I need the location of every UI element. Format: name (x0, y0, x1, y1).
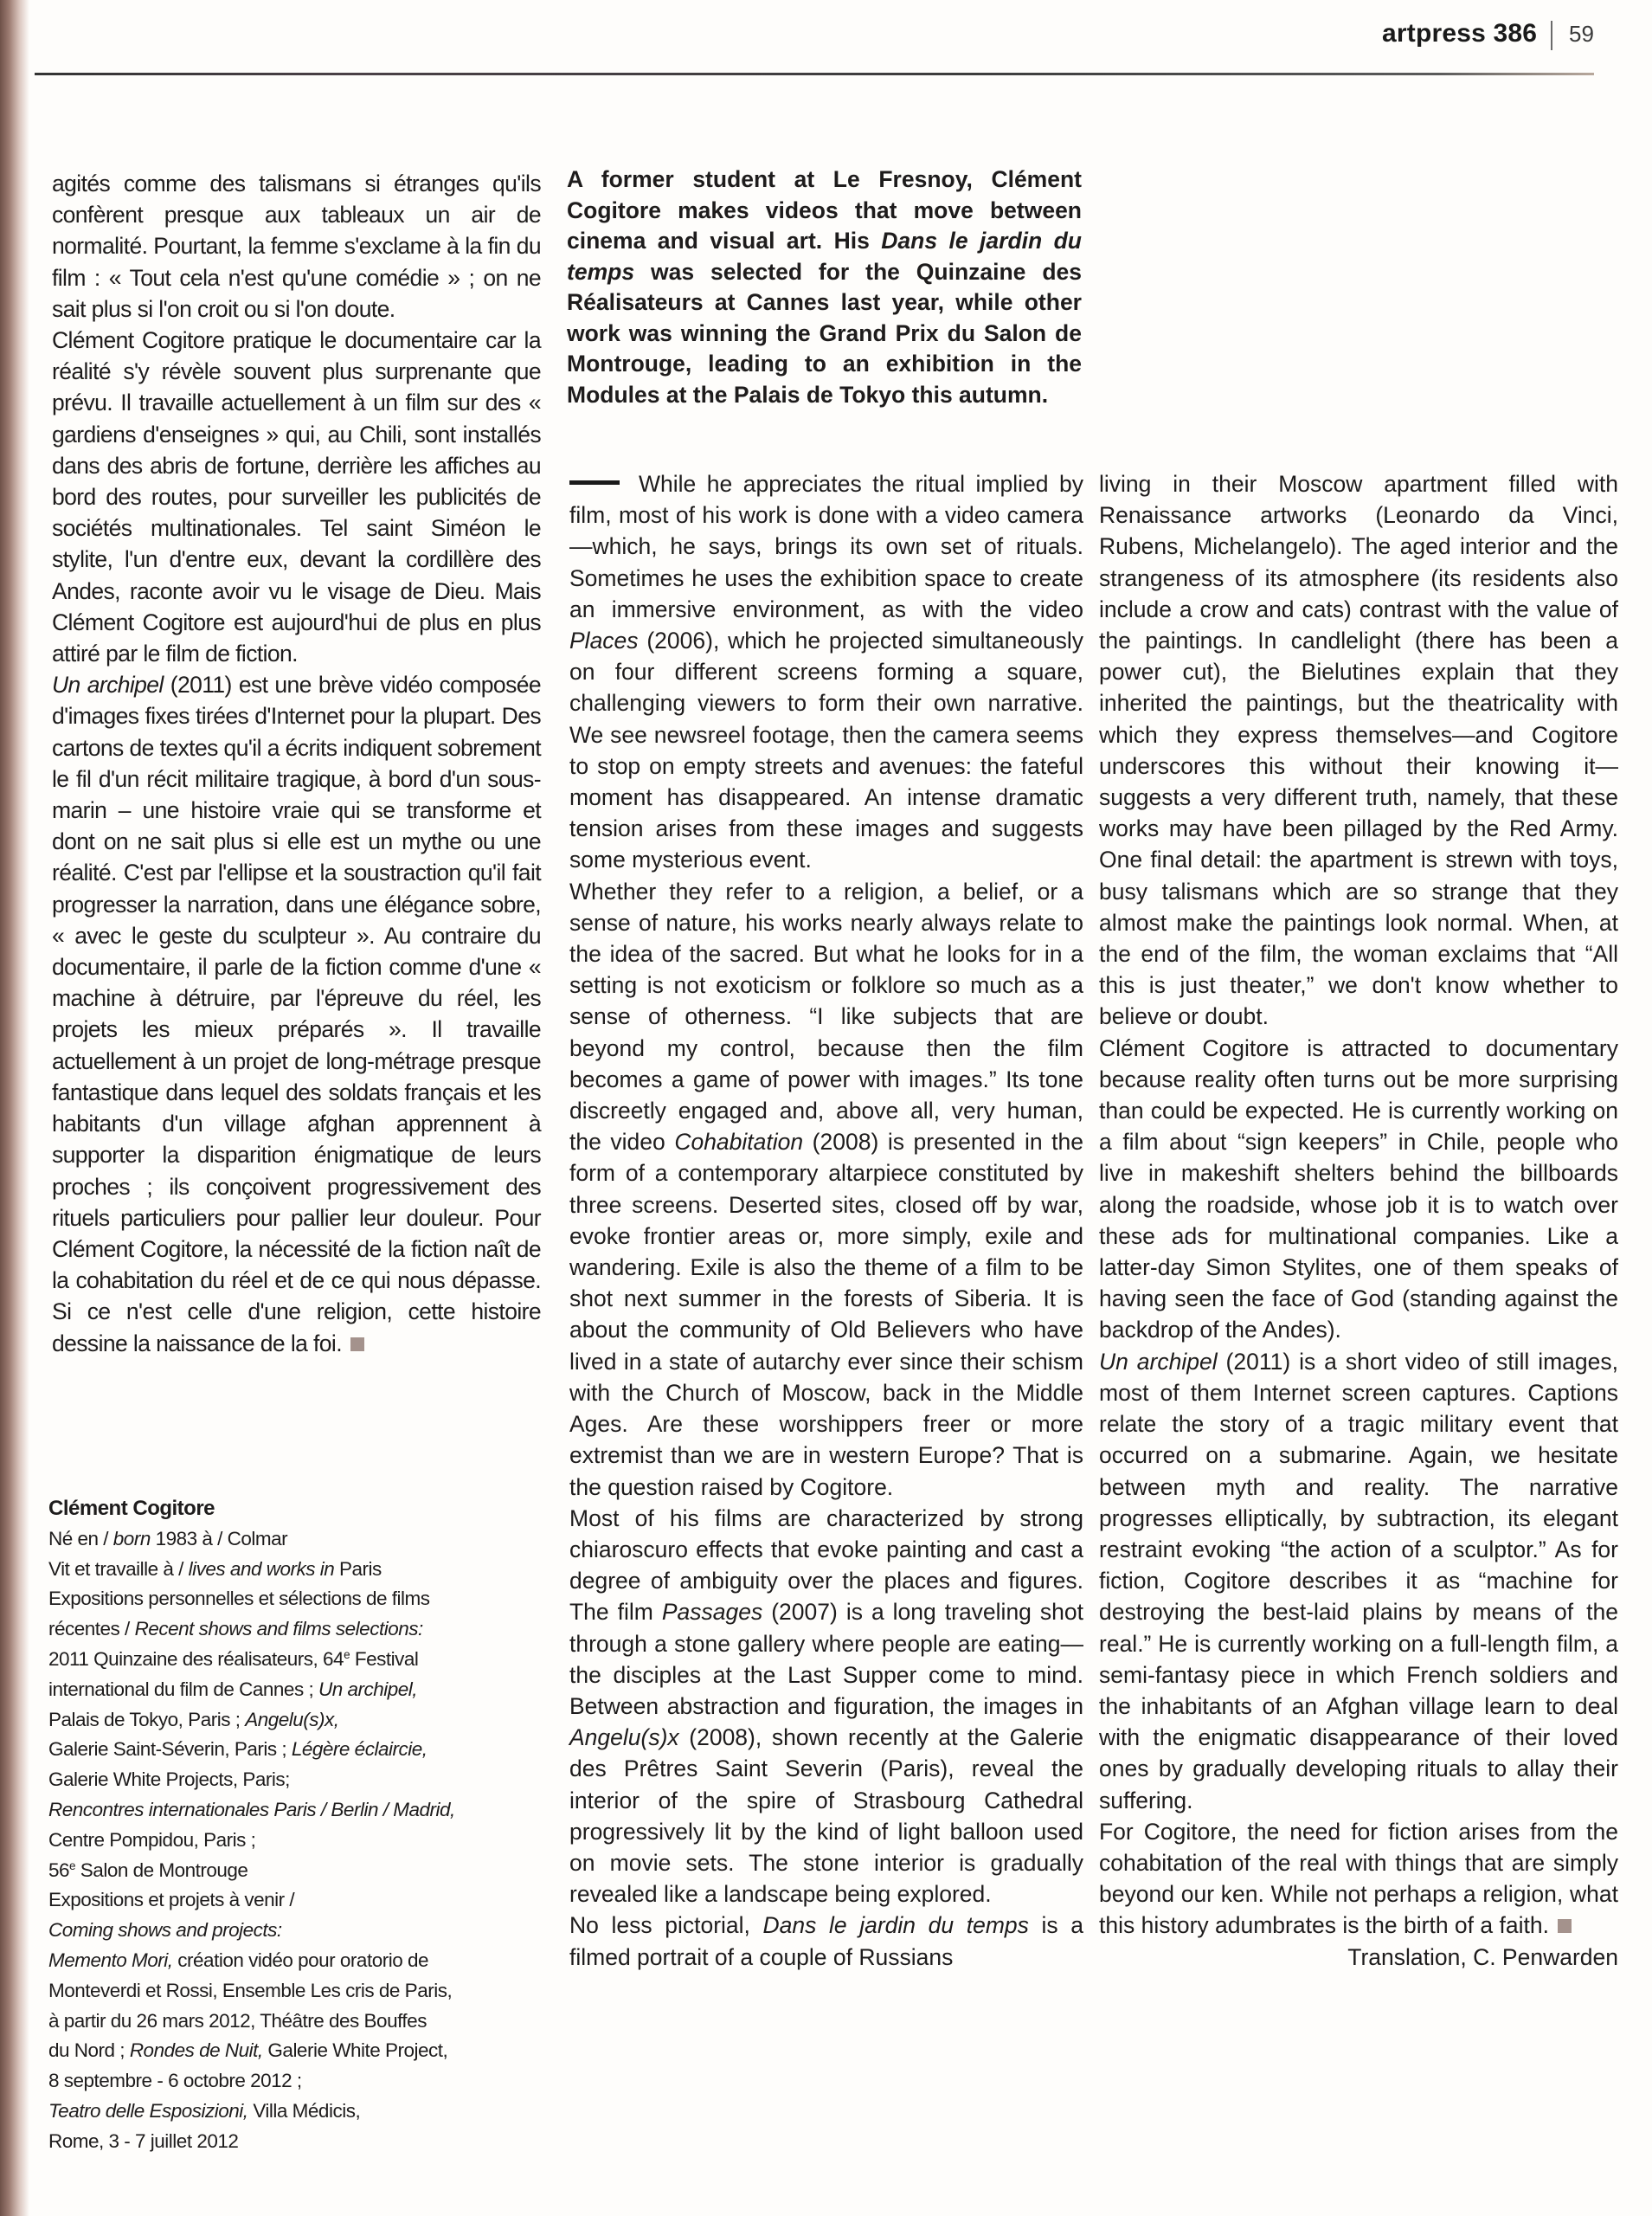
bio-line: Palais de Tokyo, Paris ; Angelu(s)x, (48, 1705, 550, 1736)
bio-section-heading: Expositions personnelles et sélections d… (48, 1584, 550, 1614)
artist-bio: Clément Cogitore Né en / born 1983 à / C… (48, 1494, 550, 2157)
english-article-column-2: living in their Moscow apartment filled … (1099, 468, 1618, 1973)
bio-line: 8 septembre - 6 octobre 2012 ; (48, 2066, 550, 2097)
bio-section-heading: récentes / Recent shows and films select… (48, 1614, 550, 1645)
magazine-issue: artpress 386 (1382, 19, 1537, 48)
english-standfirst: A former student at Le Fresnoy, Clément … (567, 164, 1082, 410)
english-paragraph: For Cogitore, the need for fiction arise… (1099, 1816, 1618, 1942)
page-number: 59 (1569, 21, 1594, 48)
english-paragraph: Un archipel (2011) is a short video of s… (1099, 1346, 1618, 1816)
bio-line: 2011 Quinzaine des réalisateurs, 64e Fes… (48, 1645, 550, 1675)
french-article-column: agités comme des talismans si étranges q… (52, 168, 541, 1359)
translation-credit: Translation, C. Penwarden (1099, 1942, 1618, 1973)
english-paragraph: Most of his films are characterized by s… (569, 1503, 1083, 1910)
english-article-column-1: While he appreciates the ritual implied … (569, 468, 1083, 1973)
english-paragraph: living in their Moscow apartment filled … (1099, 468, 1618, 1033)
bio-line: à partir du 26 mars 2012, Théâtre des Bo… (48, 2007, 550, 2037)
french-paragraph: Clément Cogitore pratique le documentair… (52, 325, 541, 669)
work-title: Un archipel (52, 672, 164, 698)
header-divider (1551, 21, 1552, 50)
end-of-article-mark (350, 1337, 364, 1351)
bio-section-heading: Coming shows and projects: (48, 1916, 550, 1946)
bio-line: Centre Pompidou, Paris ; (48, 1826, 550, 1856)
bio-line: international du film de Cannes ; Un arc… (48, 1675, 550, 1705)
english-paragraph: Whether they refer to a religion, a beli… (569, 876, 1083, 1503)
header-rule (35, 73, 1594, 75)
french-paragraph: Un archipel (2011) est une brève vidéo c… (52, 669, 541, 1358)
bio-line: Galerie White Projects, Paris; (48, 1765, 550, 1795)
bio-line: du Nord ; Rondes de Nuit, Galerie White … (48, 2036, 550, 2066)
artist-name: Clément Cogitore (48, 1494, 550, 1524)
bio-born: Né en / born 1983 à / Colmar (48, 1524, 550, 1555)
running-header: artpress 386 59 (0, 0, 1652, 69)
english-paragraph: Clément Cogitore is attracted to documen… (1099, 1033, 1618, 1346)
bio-line: Teatro delle Esposizioni, Villa Médicis, (48, 2097, 550, 2127)
english-paragraph: While he appreciates the ritual implied … (569, 468, 1083, 876)
bio-line: 56e Salon de Montrouge (48, 1856, 550, 1886)
page-binding-shadow (0, 0, 29, 2216)
bio-line: Memento Mori, création vidéo pour orator… (48, 1946, 550, 1976)
opening-dash-rule (569, 480, 620, 485)
bio-line: Galerie Saint-Séverin, Paris ; Légère éc… (48, 1735, 550, 1765)
end-of-article-mark (1558, 1919, 1572, 1933)
french-paragraph: agités comme des talismans si étranges q… (52, 168, 541, 325)
bio-line: Monteverdi et Rossi, Ensemble Les cris d… (48, 1976, 550, 2007)
bio-section-heading: Expositions et projets à venir / (48, 1885, 550, 1916)
bio-line: Rome, 3 - 7 juillet 2012 (48, 2127, 550, 2157)
bio-lives: Vit et travaille à / lives and works in … (48, 1555, 550, 1585)
english-paragraph: No less pictorial, Dans le jardin du tem… (569, 1910, 1083, 1972)
bio-line: Rencontres internationales Paris / Berli… (48, 1795, 550, 1826)
